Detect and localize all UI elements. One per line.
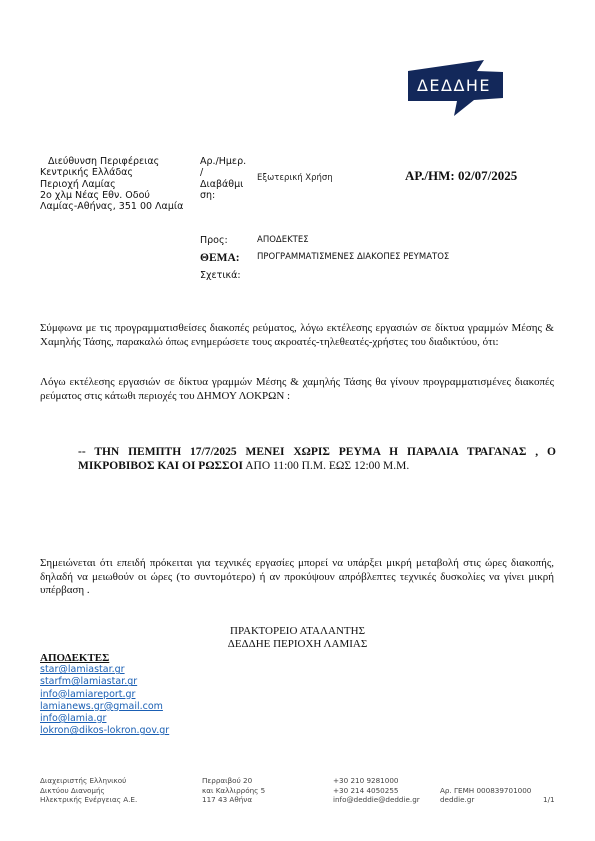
footer-line: +30 210 9281000 bbox=[333, 776, 420, 786]
body-paragraph-note: Σημειώνεται ότι επειδή πρόκειται για τεχ… bbox=[40, 557, 554, 598]
subject-label: ΘΕΜΑ: bbox=[200, 252, 240, 264]
footer-line: Αρ. ΓΕΜΗ 000839701000 bbox=[440, 786, 531, 796]
signature-line: ΠΡΑΚΤΟΡΕΙΟ ΑΤΑΛΑΝΤΗΣ bbox=[200, 625, 395, 638]
signature-block: ΠΡΑΚΤΟΡΕΙΟ ΑΤΑΛΑΝΤΗΣ ΔΕΔΔΗΕ ΠΕΡΙΟΧΗ ΛΑΜΙ… bbox=[200, 625, 395, 650]
recipient-email-link[interactable]: starfm@lamiastar.gr bbox=[40, 676, 169, 688]
footer-line: +30 214 4050255 bbox=[333, 786, 420, 796]
recipient-email-link[interactable]: lokron@dikos-lokron.gov.gr bbox=[40, 725, 169, 737]
footer-company: Διαχειριστής Ελληνικού Δικτύου Διανομής … bbox=[40, 776, 137, 805]
footer-registry: Αρ. ΓΕΜΗ 000839701000 deddie.gr bbox=[440, 786, 531, 805]
body-paragraph-areas: Λόγω εκτέλεσης εργασιών σε δίκτυα γραμμώ… bbox=[40, 376, 554, 403]
recipient-email-link[interactable]: star@lamiastar.gr bbox=[40, 664, 169, 676]
subject-value: ΠΡΟΓΡΑΜΜΑΤΙΣΜΕΝΕΣ ΔΙΑΚΟΠΕΣ ΡΕΥΜΑΤΟΣ bbox=[257, 252, 449, 262]
sender-line: Κεντρικής Ελλάδας bbox=[40, 167, 210, 178]
recipient-email-link[interactable]: info@lamia.gr bbox=[40, 713, 169, 725]
sender-line: Περιοχή Λαμίας bbox=[40, 179, 210, 190]
footer-line: 117 43 Αθήνα bbox=[202, 795, 265, 805]
label-line: Διαβάθμι bbox=[200, 179, 255, 190]
recipients-list: ΑΠΟΔΕΚΤΕΣ star@lamiastar.gr starfm@lamia… bbox=[40, 652, 169, 737]
reference-number: ΑΡ./ΗΜ: 02/07/2025 bbox=[405, 168, 517, 184]
footer-line: deddie.gr bbox=[440, 795, 531, 805]
recipient-email-link[interactable]: info@lamiareport.gr bbox=[40, 689, 169, 701]
page-number: 1/1 bbox=[543, 795, 555, 805]
related-label: Σχετικά: bbox=[200, 270, 241, 281]
sender-line: 2ο χλμ Νέας Εθν. Οδού bbox=[40, 190, 210, 201]
sender-line: Λαμίας-Αθήνας, 351 00 Λαμία bbox=[40, 201, 210, 212]
label-line: / bbox=[200, 167, 255, 178]
reference-label: Αρ./Ημερ. / Διαβάθμι ση: bbox=[200, 156, 255, 201]
footer-line: και Καλλιρρόης 5 bbox=[202, 786, 265, 796]
footer-line: Δικτύου Διανομής bbox=[40, 786, 137, 796]
outage-notice: -- ΤΗΝ ΠΕΜΠΤΗ 17/7/2025 ΜΕΝΕΙ ΧΩΡΙΣ ΡΕΥΜ… bbox=[78, 445, 556, 473]
body-paragraph-intro: Σύμφωνα με τις προγραμματισθείσες διακοπ… bbox=[40, 322, 554, 349]
classification-value: Εξωτερική Χρήση bbox=[257, 173, 333, 183]
label-line: Αρ./Ημερ. bbox=[200, 156, 255, 167]
recipients-title: ΑΠΟΔΕΚΤΕΣ bbox=[40, 652, 169, 664]
footer-contact: +30 210 9281000 +30 214 4050255 info@ded… bbox=[333, 776, 420, 805]
deddie-logo: ΔΕΔΔΗΕ bbox=[404, 56, 504, 118]
sender-line: Διεύθυνση Περιφέρειας bbox=[40, 156, 210, 167]
label-line: ση: bbox=[200, 190, 255, 201]
recipient-email-link[interactable]: lamianews.gr@gmail.com bbox=[40, 701, 169, 713]
to-value: ΑΠΟΔΕΚΤΕΣ bbox=[257, 235, 309, 245]
footer-line: Διαχειριστής Ελληνικού bbox=[40, 776, 137, 786]
svg-text:ΔΕΔΔΗΕ: ΔΕΔΔΗΕ bbox=[417, 76, 491, 95]
logo-banner-icon: ΔΕΔΔΗΕ bbox=[404, 56, 504, 118]
outage-notice-time: ΑΠΟ 11:00 Π.Μ. ΕΩΣ 12:00 Μ.Μ. bbox=[243, 460, 409, 472]
footer-line: Ηλεκτρικής Ενέργειας Α.Ε. bbox=[40, 795, 137, 805]
sender-block: Διεύθυνση Περιφέρειας Κεντρικής Ελλάδας … bbox=[40, 156, 210, 212]
footer-address: Περραιβού 20 και Καλλιρρόης 5 117 43 Αθή… bbox=[202, 776, 265, 805]
signature-line: ΔΕΔΔΗΕ ΠΕΡΙΟΧΗ ΛΑΜΙΑΣ bbox=[200, 638, 395, 651]
to-label: Προς: bbox=[200, 235, 228, 246]
footer-line: Περραιβού 20 bbox=[202, 776, 265, 786]
footer-line: info@deddie@deddie.gr bbox=[333, 795, 420, 805]
